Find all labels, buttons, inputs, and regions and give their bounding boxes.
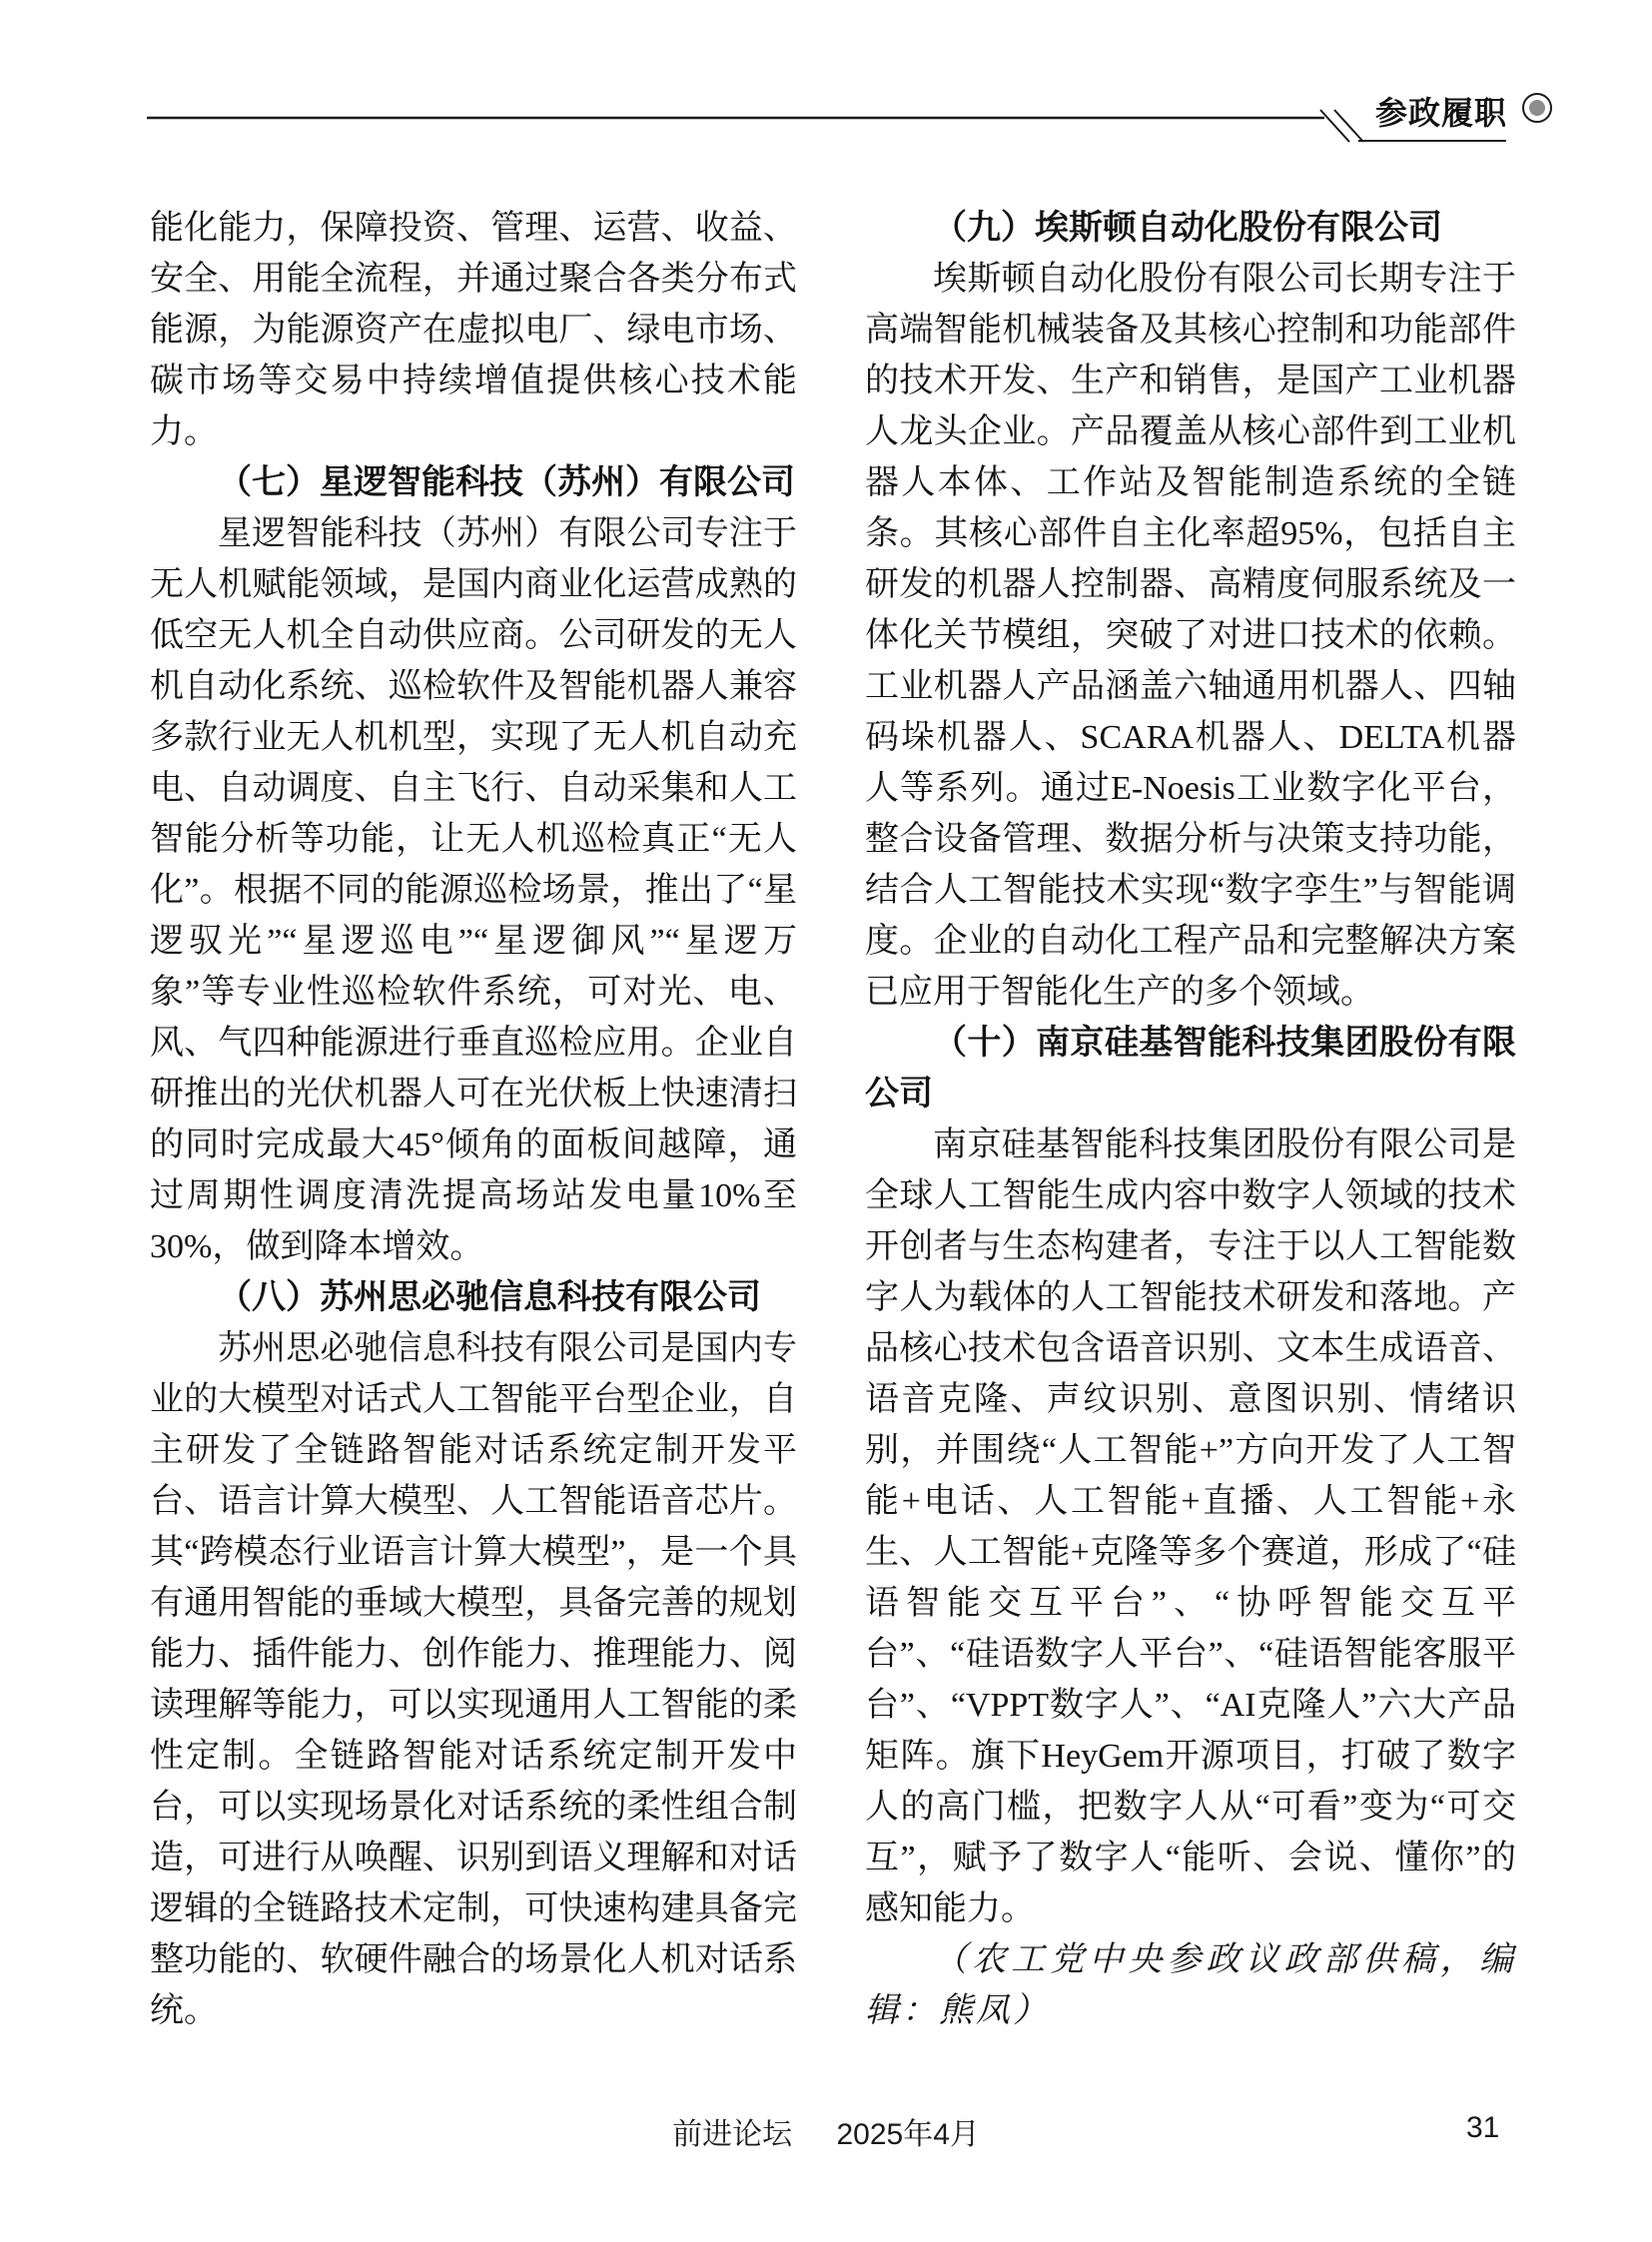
section-heading-10: （十）南京硅基智能科技集团股份有限公司 xyxy=(865,1018,1516,1120)
footer: 前进论坛 2025年4月 xyxy=(0,2109,1652,2153)
issue-date: 2025年4月 xyxy=(836,2118,979,2151)
magazine-page: 参政履职 能化能力，保障投资、管理、运营、收益、安全、用能全流程，并通过聚合各类… xyxy=(0,0,1652,2242)
page-number: 31 xyxy=(1466,2111,1499,2145)
left-column: 能化能力，保障投资、管理、运营、收益、安全、用能全流程，并通过聚合各类分布式能源… xyxy=(150,203,797,2036)
paragraph-aispeech: 苏州思必驰信息科技有限公司是国内专业的大模型对话式人工智能平台型企业，自主研发了… xyxy=(150,1323,797,2036)
header-divider-line xyxy=(0,0,1652,170)
section-bullet-icon xyxy=(1522,93,1552,123)
right-column: （九）埃斯顿自动化股份有限公司 埃斯顿自动化股份有限公司长期专注于高端智能机械装… xyxy=(865,203,1516,2036)
paragraph-xinglogic: 星逻智能科技（苏州）有限公司专注于无人机赋能领域，是国内商业化运营成熟的低空无人… xyxy=(150,508,797,1272)
bullet-dot xyxy=(1529,100,1545,116)
editor-note: （农工党中央参政议政部供稿，编辑：熊凤） xyxy=(865,1934,1516,2036)
journal-name: 前进论坛 xyxy=(672,2118,792,2151)
section-label: 参政履职 xyxy=(1375,88,1507,134)
section-heading-8: （八）苏州思必驰信息科技有限公司 xyxy=(150,1272,797,1323)
paragraph-estun: 埃斯顿自动化股份有限公司长期专注于高端智能机械装备及其核心控制和功能部件的技术开… xyxy=(865,254,1516,1018)
paragraph-guiji: 南京硅基智能科技集团股份有限公司是全球人工智能生成内容中数字人领域的技术开创者与… xyxy=(865,1120,1516,1934)
paragraph-energy-capability: 能化能力，保障投资、管理、运营、收益、安全、用能全流程，并通过聚合各类分布式能源… xyxy=(150,203,797,457)
section-heading-7: （七）星逻智能科技（苏州）有限公司 xyxy=(150,457,797,508)
section-heading-9: （九）埃斯顿自动化股份有限公司 xyxy=(865,203,1516,254)
